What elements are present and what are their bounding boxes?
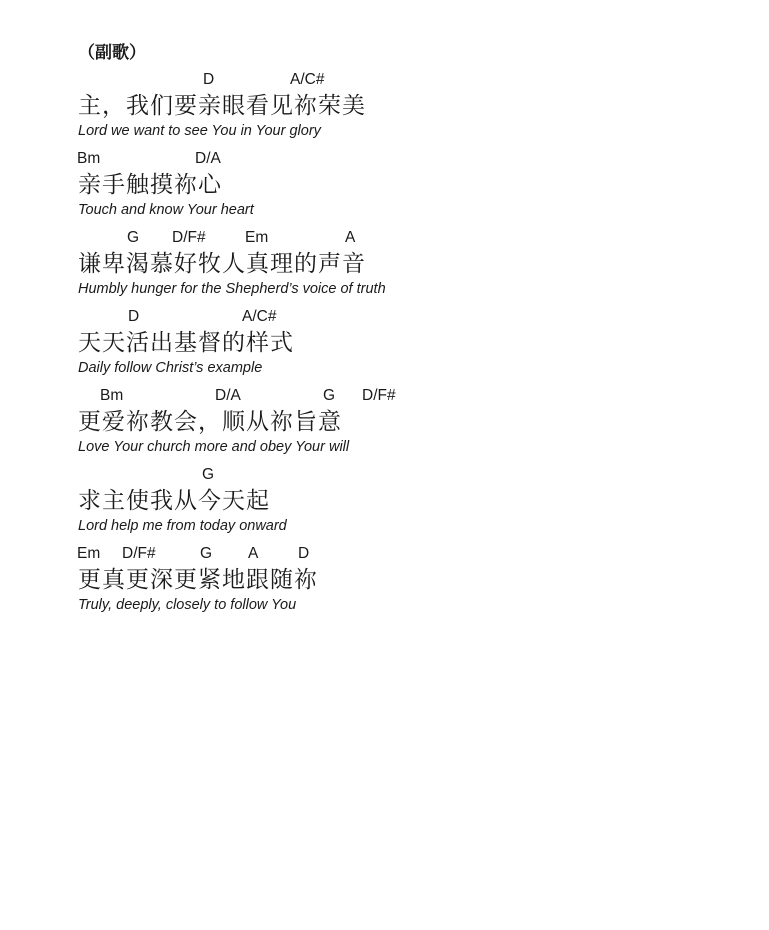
section-header: （副歌） [78, 43, 769, 63]
lyric-line-zh: 谦卑渴慕好牧人真理的声音 [78, 249, 769, 279]
chord-line: BmD/AGD/F# [0, 385, 769, 407]
song-lines: DA/C# 主，我们要亲眼看见祢荣美 Lord we want to see Y… [0, 69, 769, 616]
chord-line: EmD/F#GAD [0, 543, 769, 565]
lyric-line-en: Lord help me from today onward [78, 516, 769, 537]
chord-label: G [202, 464, 214, 486]
lyric-line-en: Daily follow Christ’s example [78, 358, 769, 379]
chord-label: A/C# [290, 69, 324, 91]
lyric-block: DA/C# 天天活出基督的样式 Daily follow Christ’s ex… [0, 306, 769, 379]
chord-line: BmD/A [0, 148, 769, 170]
lyric-block: BmD/A 亲手触摸祢心 Touch and know Your heart [0, 148, 769, 221]
chord-label: G [127, 227, 139, 249]
chord-line: DA/C# [0, 306, 769, 328]
chord-label: Em [77, 543, 100, 565]
song-sheet-page: （副歌） DA/C# 主，我们要亲眼看见祢荣美 Lord we want to … [0, 0, 769, 930]
chord-label: D/F# [362, 385, 396, 407]
chord-line: G [0, 464, 769, 486]
lyric-block: GD/F#EmA 谦卑渴慕好牧人真理的声音 Humbly hunger for … [0, 227, 769, 300]
lyric-line-en: Humbly hunger for the Shepherd’s voice o… [78, 279, 769, 300]
chord-line: GD/F#EmA [0, 227, 769, 249]
lyric-line-zh: 天天活出基督的样式 [78, 328, 769, 358]
lyric-line-zh: 更真更深更紧地跟随祢 [78, 565, 769, 595]
lyric-line-zh: 主，我们要亲眼看见祢荣美 [78, 91, 769, 121]
chord-label: G [200, 543, 212, 565]
chord-label: A [248, 543, 258, 565]
lyric-line-zh: 更爱祢教会，顺从祢旨意 [78, 407, 769, 437]
chord-label: A/C# [242, 306, 276, 328]
chord-label: D/A [195, 148, 221, 170]
lyric-line-en: Truly, deeply, closely to follow You [78, 595, 769, 616]
chord-label: D/A [215, 385, 241, 407]
chord-label: Em [245, 227, 268, 249]
chord-label: D/F# [172, 227, 206, 249]
lyric-block: DA/C# 主，我们要亲眼看见祢荣美 Lord we want to see Y… [0, 69, 769, 142]
lyric-block: EmD/F#GAD 更真更深更紧地跟随祢 Truly, deeply, clos… [0, 543, 769, 616]
lyric-line-en: Love Your church more and obey Your will [78, 437, 769, 458]
chord-label: D [298, 543, 309, 565]
chord-label: D/F# [122, 543, 156, 565]
chord-label: D [203, 69, 214, 91]
chord-label: A [345, 227, 355, 249]
chord-label: D [128, 306, 139, 328]
lyric-line-zh: 亲手触摸祢心 [78, 170, 769, 200]
chord-label: G [323, 385, 335, 407]
lyric-line-en: Lord we want to see You in Your glory [78, 121, 769, 142]
lyric-line-en: Touch and know Your heart [78, 200, 769, 221]
chord-line: DA/C# [0, 69, 769, 91]
chord-label: Bm [77, 148, 100, 170]
lyric-line-zh: 求主使我从今天起 [78, 486, 769, 516]
chord-label: Bm [100, 385, 123, 407]
lyric-block: G 求主使我从今天起 Lord help me from today onwar… [0, 464, 769, 537]
lyric-block: BmD/AGD/F# 更爱祢教会，顺从祢旨意 Love Your church … [0, 385, 769, 458]
